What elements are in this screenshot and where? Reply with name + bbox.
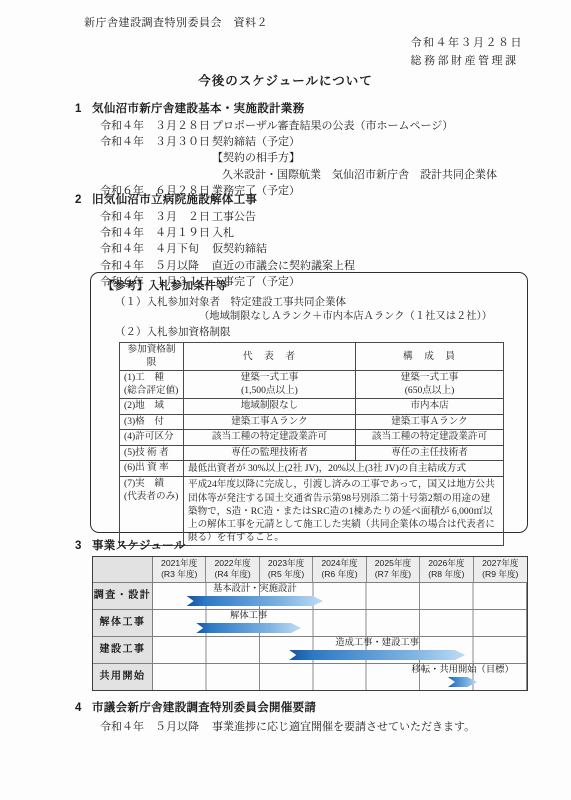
cell-member: 該当工種の特定建設業許可: [356, 430, 504, 445]
col-header: 代 表 者: [184, 343, 356, 371]
gantt-bar-label: 造成工事・建設工事: [335, 637, 419, 650]
schedule-date: 令和４年 ３月２８日: [100, 118, 212, 134]
bid-qualification-label: （２）入札参加資格制限: [115, 325, 517, 340]
row-label: (7)実 績: [124, 478, 164, 489]
cell-representative: 建築工事Ａランク: [184, 414, 356, 429]
gantt-year-header: 2022年度(R4 年度): [206, 557, 259, 582]
schedule-text: プロポーザル審査結果の公表（市ホームページ）: [212, 118, 453, 134]
issue-department: 総務部財産管理課: [411, 54, 524, 70]
row-label: (4)許可区分: [120, 430, 184, 445]
gantt-bar-label: 移転・共用開始（目標）: [411, 664, 513, 677]
schedule-text: 事業進捗に応じ適宜開催を要請させていただきます。: [212, 719, 475, 735]
section-heading-text: 気仙沼市新庁舎建設基本・実施設計業務: [92, 101, 304, 118]
cell-merged: 最低出資者が 30%以上(2社 JV)，20%以上(3社 JV)の自主結成方式: [184, 461, 504, 477]
gantt-row-area: 移転・共用開始（目標）: [153, 663, 527, 690]
schedule-date: [100, 150, 212, 166]
cell-merged: 平成24年度以降に完成し，引渡し済みの工事であって，国又は地方公共団体等が発注す…: [184, 477, 504, 546]
row-label: (5)技 術 者: [120, 445, 184, 460]
section-3-heading: 3 事業スケジュール: [75, 538, 186, 555]
schedule-row: 久米設計・国際航業 気仙沼市新庁舎 設計共同企業体: [100, 167, 571, 183]
gantt-row-label: 解体工事: [93, 609, 153, 636]
gantt-row-label: 調査・設計: [93, 582, 153, 609]
section-heading-text: 事業スケジュール: [92, 538, 186, 555]
schedule-row: 【契約の相手方】: [100, 150, 571, 166]
schedule-date: 令和４年 ３月 ２日: [100, 209, 212, 225]
table-row: (2)地 域 地域制限なし 市内本店: [120, 399, 504, 414]
issue-date: 令和４年３月２８日: [411, 36, 524, 52]
row-label-2: (代表者のみ): [124, 491, 178, 502]
schedule-row: 令和４年 ４月１９日入札: [100, 225, 571, 241]
gantt-bar-label: 基本設計・実施設計: [213, 583, 297, 596]
gantt-year-header: 2025年度(R7 年度): [367, 557, 420, 582]
gantt-row-area: 基本設計・実施設計: [153, 582, 527, 609]
schedule-text: 工事公告: [212, 209, 256, 225]
cell-representative: 建築一式工事: [241, 372, 299, 383]
gantt-corner-cell: [93, 557, 153, 582]
schedule-row: 令和４年 ３月３０日契約締結（予定）: [100, 134, 571, 150]
reference-box: 【参考】入札参加条件等 （１）入札参加対象者 特定建設工事共同企業体 （地域制限…: [90, 272, 528, 533]
bid-conditions-table: 参加資格制限 代 表 者 構 成 員 (1)工 種(総合評定値) 建築一式工事(…: [119, 342, 504, 546]
gantt-chart: 2021年度(R3 年度) 2022年度(R4 年度) 2023年度(R5 年度…: [92, 556, 528, 691]
schedule-row: 令和４年 ５月以降事業進捗に応じ適宜開催を要請させていただきます。: [100, 719, 571, 735]
gantt-year-header: 2026年度(R8 年度): [420, 557, 473, 582]
table-header-row: 参加資格制限 代 表 者 構 成 員: [120, 343, 504, 371]
gantt-year-header: 2021年度(R3 年度): [153, 557, 206, 582]
schedule-text: 契約締結（予定）: [212, 134, 300, 150]
col-header: 参加資格制限: [120, 343, 184, 371]
cell-representative: 地域制限なし: [184, 399, 356, 414]
gantt-bar-label: 解体工事: [230, 610, 267, 623]
schedule-text: 入札: [212, 225, 234, 241]
schedule-row: 令和４年 ４月下旬仮契約締結: [100, 241, 571, 257]
gantt-row-area: 造成工事・建設工事: [153, 636, 527, 663]
section-2-heading: 2 旧気仙沼市立病院施設解体工事: [75, 192, 571, 209]
schedule-list: 令和４年 ５月以降事業進捗に応じ適宜開催を要請させていただきます。: [100, 719, 571, 735]
schedule-text: 久米設計・国際航業 気仙沼市新庁舎 設計共同企業体: [212, 167, 497, 183]
section-3: 3 事業スケジュール: [0, 538, 186, 555]
reference-box-title: 【参考】入札参加条件等: [103, 279, 517, 295]
cell-representative-2: (1,500点以上): [241, 385, 298, 396]
table-row: (5)技 術 者 専任の監理技術者 専任の主任技術者: [120, 445, 504, 460]
schedule-text: 仮契約締結: [212, 241, 267, 257]
section-1: 1 気仙沼市新庁舎建設基本・実施設計業務 令和４年 ３月２８日プロポーザル審査結…: [0, 101, 571, 199]
schedule-date: 令和４年 ３月３０日: [100, 134, 212, 150]
gantt-year-header: 2027年度(R9 年度): [474, 557, 527, 582]
cell-representative: 該当工種の特定建設業許可: [184, 430, 356, 445]
gantt-header-row: 2021年度(R3 年度) 2022年度(R4 年度) 2023年度(R5 年度…: [153, 557, 527, 582]
cell-member-2: (650点以上): [405, 385, 455, 396]
bid-target-line: （１）入札参加対象者 特定建設工事共同企業体: [115, 295, 517, 310]
col-header: 構 成 員: [356, 343, 504, 371]
section-number: 3: [75, 538, 92, 555]
issue-block: 令和４年３月２８日 総務部財産管理課: [411, 36, 524, 70]
page-title: 今後のスケジュールについて: [0, 72, 571, 90]
section-heading-text: 旧気仙沼市立病院施設解体工事: [92, 192, 257, 209]
row-label: (1)工 種: [124, 372, 164, 383]
section-4-heading: 4 市議会新庁舎建設調査特別委員会開催要請: [75, 700, 571, 717]
table-row: (3)格 付 建築工事Ａランク 建築工事Ａランク: [120, 414, 504, 429]
schedule-row: 令和４年 ３月 ２日工事公告: [100, 209, 571, 225]
gantt-row-area: 解体工事: [153, 609, 527, 636]
schedule-text: 【契約の相手方】: [212, 150, 300, 166]
gantt-bar: [187, 596, 323, 606]
bid-target-note: （地域制限なしＡランク＋市内本店Ａランク（１社又は２社））: [199, 310, 517, 325]
schedule-date: [100, 167, 212, 183]
row-label-2: (総合評定値): [124, 385, 178, 396]
section-number: 1: [75, 101, 92, 118]
schedule-row: 令和４年 ３月２８日プロポーザル審査結果の公表（市ホームページ）: [100, 118, 571, 134]
cell-member: 専任の主任技術者: [356, 445, 504, 460]
section-number: 2: [75, 192, 92, 209]
schedule-date: 令和４年 ４月下旬: [100, 241, 212, 257]
gantt-row-label: 建設工事: [93, 636, 153, 663]
section-heading-text: 市議会新庁舎建設調査特別委員会開催要請: [92, 700, 316, 717]
doc-ref: 新庁舎建設調査特別委員会 資料２: [84, 16, 268, 32]
gantt-bar: [448, 677, 477, 687]
table-row: (6)出 資 率 最低出資者が 30%以上(2社 JV)，20%以上(3社 JV…: [120, 461, 504, 477]
cell-member: 建築工事Ａランク: [356, 414, 504, 429]
schedule-list: 令和４年 ３月２８日プロポーザル審査結果の公表（市ホームページ） 令和４年 ３月…: [100, 118, 571, 199]
document-page: 新庁舎建設調査特別委員会 資料２ 令和４年３月２８日 総務部財産管理課 今後のス…: [0, 0, 571, 800]
table-row: (7)実 績(代表者のみ) 平成24年度以降に完成し，引渡し済みの工事であって，…: [120, 477, 504, 546]
cell-member: 市内本店: [356, 399, 504, 414]
gantt-year-header: 2024年度(R6 年度): [313, 557, 366, 582]
cell-representative: 専任の監理技術者: [184, 445, 356, 460]
schedule-date: 令和４年 ５月以降: [100, 719, 212, 735]
gantt-row-label: 共用開始: [93, 663, 153, 690]
gantt-bar: [196, 623, 301, 633]
table-row: (1)工 種(総合評定値) 建築一式工事(1,500点以上) 建築一式工事(65…: [120, 371, 504, 399]
row-label: (2)地 域: [120, 399, 184, 414]
schedule-date: 令和４年 ４月１９日: [100, 225, 212, 241]
table-row: (4)許可区分 該当工種の特定建設業許可 該当工種の特定建設業許可: [120, 430, 504, 445]
row-label: (6)出 資 率: [120, 461, 184, 477]
cell-member: 建築一式工事: [401, 372, 459, 383]
section-number: 4: [75, 700, 92, 717]
section-1-heading: 1 気仙沼市新庁舎建設基本・実施設計業務: [75, 101, 571, 118]
row-label: (3)格 付: [120, 414, 184, 429]
gantt-bar: [289, 650, 465, 660]
gantt-year-header: 2023年度(R5 年度): [260, 557, 313, 582]
section-4: 4 市議会新庁舎建設調査特別委員会開催要請 令和４年 ５月以降事業進捗に応じ適宜…: [0, 700, 571, 735]
